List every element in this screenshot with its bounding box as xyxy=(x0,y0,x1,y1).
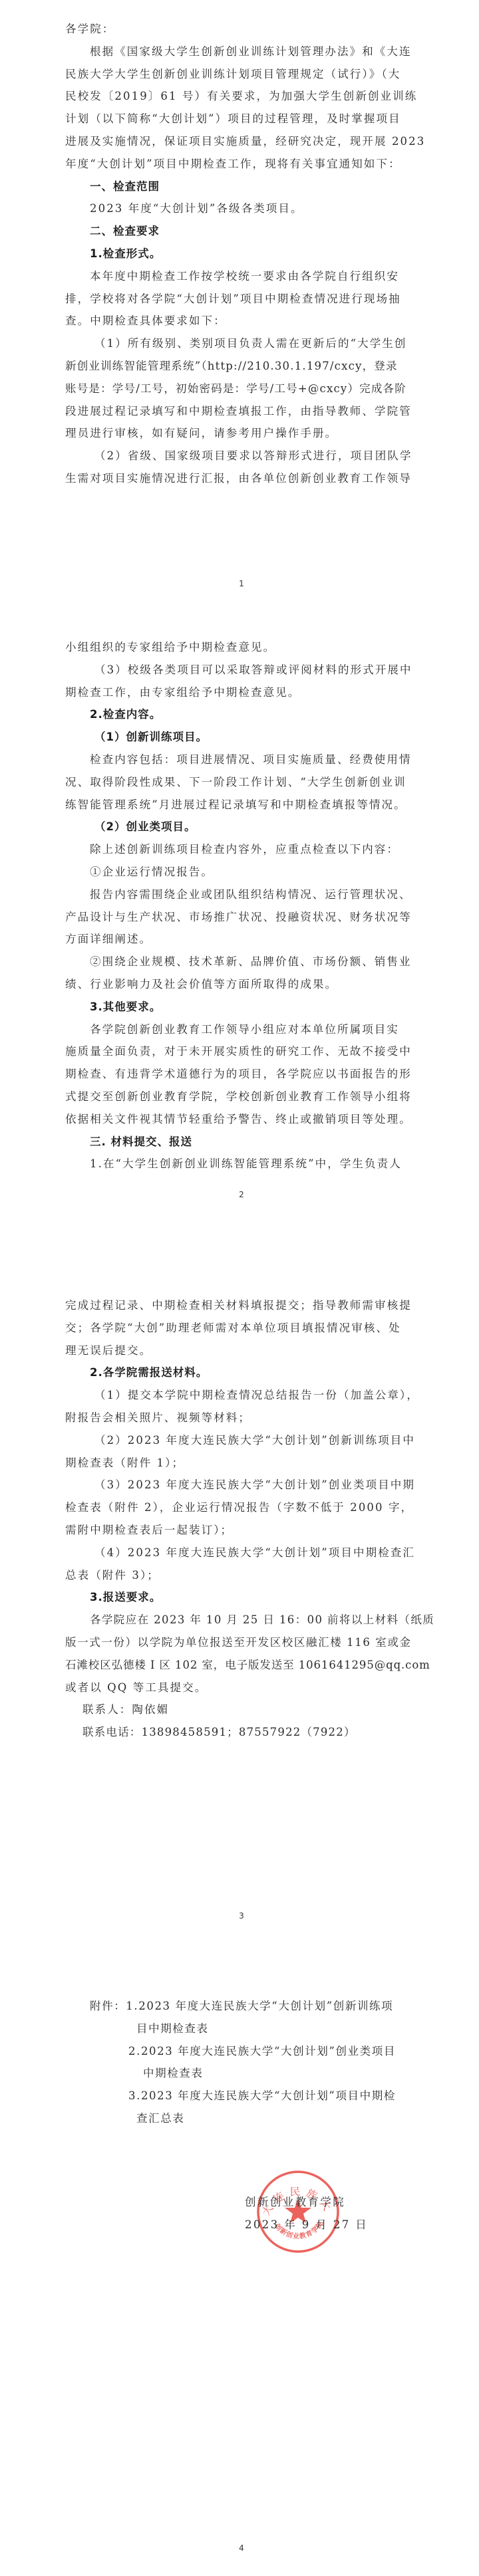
paragraph-line: 检查内容包括：项目进展情况、项目实施质量、经费使用情 xyxy=(65,749,420,771)
page-4: 附件：1.2023 年度大连民族大学“大创计划”创新训练项 目中期检查表 2.2… xyxy=(0,1934,479,2576)
page-3: 完成过程记录、中期检查相关材料填报提交；指导教师需审核提 交；各学院“大创”助理… xyxy=(0,1230,479,1934)
paragraph-line: 各学院应在 2023 年 10 月 25 日 16：00 前将以上材料（纸质 xyxy=(65,1609,420,1631)
paragraph-line: （2）2023 年度大连民族大学“大创计划”创新训练项目中 xyxy=(65,1429,420,1452)
entrepreneurship-heading: （2）创业类项目。 xyxy=(65,816,420,838)
intro-line: 年度“大创计划”项目中期检查工作，现将有关事宜通知如下： xyxy=(65,153,420,176)
page-3-body: 完成过程记录、中期检查相关材料填报提交；指导教师需审核提 交；各学院“大创”助理… xyxy=(65,1294,420,1744)
paragraph-line: 账号是：学号/工号，初始密码是：学号/工号+@cxcy）完成各阶 xyxy=(65,378,420,400)
intro-line: 民族大学大学生创新创业训练计划项目管理规定（试行）》（大 xyxy=(65,63,420,86)
attachment-2: 2.2023 年度大连民族大学“大创计划”创业类项目 xyxy=(90,2040,422,2063)
contact-person: 联系人：陶依媚 xyxy=(65,1698,420,1721)
page-1: 各学院： 根据《国家级大学生创新创业训练计划管理办法》和《大连 民族大学大学生创… xyxy=(0,0,479,632)
paragraph-line: 理员进行审核，如有疑问，请参考用户操作手册。 xyxy=(65,422,420,445)
paragraph-line: 报告内容需围绕企业或团队组织结构情况、运行管理状况、 xyxy=(65,883,420,906)
page-number: 2 xyxy=(0,1190,479,1199)
salutation: 各学院： xyxy=(65,18,420,41)
paragraph-line: ①企业运行情况报告。 xyxy=(65,861,420,883)
paragraph-line: 期检查、有违背学术道德行为的项目，各学院应以书面报告的形 xyxy=(65,1063,420,1086)
page-2-body: 小组组织的专家组给予中期检查意见。 （3）校级各类项目可以采取答辩或评阅材料的形… xyxy=(65,636,420,1175)
paragraph-line: 版一式一份）以学院为单位报送至开发区校区融汇楼 116 室或金 xyxy=(65,1631,420,1654)
subsection-3-2-heading: 2.各学院需报送材料。 xyxy=(65,1361,420,1384)
paragraph-line: 1.在“大学生创新创业训练智能管理系统”中，学生负责人 xyxy=(65,1153,420,1175)
paragraph-line: 需附中期检查表后一起装订）； xyxy=(65,1519,420,1542)
paragraph-line: （2）省级、国家级项目要求以答辩形式进行，项目团队学 xyxy=(65,445,420,467)
subsection-2-2-heading: 2.检查内容。 xyxy=(65,703,420,726)
paragraph-line: 生需对项目实施情况进行汇报，由各单位创新创业教育工作领导 xyxy=(65,467,420,490)
paragraph-line: （1）所有级别、类别项目负责人需在更新后的“大学生创 xyxy=(65,332,420,355)
attachment-2-cont: 中期检查表 xyxy=(90,2062,422,2085)
attachment-1-cont: 目中期检查表 xyxy=(90,2018,422,2040)
paragraph-line: 练智能管理系统”月进展过程记录填写和中期检查填报等情况。 xyxy=(65,794,420,816)
paragraph-line: 石滩校区弘德楼 I 区 102 室，电子版发送至 1061641295@qq.c… xyxy=(65,1654,420,1677)
paragraph-line: 期检查工作，由专家组给予中期检查意见。 xyxy=(65,681,420,704)
page-number: 1 xyxy=(0,579,479,588)
paragraph-line: （1）提交本学院中期检查情况总结报告一份（加盖公章）， xyxy=(65,1384,420,1407)
subsection-3-3-heading: 3.报送要求。 xyxy=(65,1586,420,1609)
paragraph-line: 依据相关文件视其情节轻重给予警告、终止或撤销项目等处理。 xyxy=(65,1108,420,1131)
paragraph-line: 绩、行业影响力及社会价值等方面所取得的成果。 xyxy=(65,973,420,996)
paragraph-line: 总表（附件 3）； xyxy=(65,1564,420,1587)
paragraph-line: （3）校级各类项目可以采取答辩或评阅材料的形式开展中 xyxy=(65,659,420,681)
paragraph-line: 小组组织的专家组给予中期检查意见。 xyxy=(65,636,420,659)
section-1-heading: 一、检查范围 xyxy=(65,176,420,198)
paragraph-line: 排，学校将对各学院“大创计划”项目中期检查情况进行现场抽 xyxy=(65,288,420,310)
paragraph-line: 除上述创新训练项目检查内容外，应重点检查以下内容： xyxy=(65,838,420,861)
paragraph-line: 段进展过程记录填写和中期检查填报工作，由指导教师、学院管 xyxy=(65,400,420,423)
signature-date: 2023 年 9 月 27 日 xyxy=(245,2214,368,2236)
attachment-3-cont: 查汇总表 xyxy=(90,2107,422,2130)
paragraph-line: 产品设计与生产状况、市场推广状况、投融资状况、财务状况等 xyxy=(65,906,420,929)
paragraph-line: 式提交至创新创业教育学院，学校创新创业教育工作领导小组将 xyxy=(65,1086,420,1108)
paragraph-line: 完成过程记录、中期检查相关材料填报提交；指导教师需审核提 xyxy=(65,1294,420,1317)
contact-phone: 联系电话：13898458591；87557922（7922） xyxy=(65,1721,420,1744)
page-number: 3 xyxy=(0,1911,479,1921)
intro-line: 计划（以下简称“大创计划”）项目的过程管理，及时掌握项目 xyxy=(65,108,420,130)
intro-line: 根据《国家级大学生创新创业训练计划管理办法》和《大连 xyxy=(65,41,420,63)
innovation-heading: （1）创新训练项目。 xyxy=(65,726,420,749)
paragraph-line: 检查表（附件 2），企业运行情况报告（字数不低于 2000 字， xyxy=(65,1496,420,1519)
intro-line: 进展及实施情况，保证项目实施质量，经研究决定，现开展 2023 xyxy=(65,130,420,153)
paragraph-line: 各学院创新创业教育工作领导小组应对本单位所属项目实 xyxy=(65,1018,420,1041)
paragraph-line: 附报告会相关照片、视频等材料； xyxy=(65,1407,420,1429)
section-3-heading: 三. 材料提交、报送 xyxy=(65,1131,420,1153)
paragraph-line: （3）2023 年度大连民族大学“大创计划”创业类项目中期 xyxy=(65,1474,420,1496)
intro-line: 民校发〔2019〕61 号）有关要求，为加强大学生创新创业训练 xyxy=(65,85,420,108)
page-1-body: 各学院： 根据《国家级大学生创新创业训练计划管理办法》和《大连 民族大学大学生创… xyxy=(65,18,420,490)
paragraph-line: 理无误后提交。 xyxy=(65,1340,420,1362)
section-2-heading: 二、检查要求 xyxy=(65,220,420,243)
attachments-list: 附件：1.2023 年度大连民族大学“大创计划”创新训练项 目中期检查表 2.2… xyxy=(90,1995,422,2130)
signature-org: 创新创业教育学院 xyxy=(245,2191,368,2214)
paragraph-line: 查。中期检查具体要求如下： xyxy=(65,310,420,332)
section-1-text: 2023 年度“大创计划”各级各类项目。 xyxy=(65,197,420,220)
paragraph-line: 施质量全面负责，对于未开展实质性的研究工作、无故不接受中 xyxy=(65,1040,420,1063)
attachment-3: 3.2023 年度大连民族大学“大创计划”项目中期检 xyxy=(90,2085,422,2107)
paragraph-line: 况、取得阶段性成果、下一阶段工作计划、“大学生创新创业训 xyxy=(65,771,420,794)
paragraph-line: 或者以 QQ 等工具提交。 xyxy=(65,1677,420,1699)
page-number: 4 xyxy=(0,2543,479,2553)
paragraph-line: 本年度中期检查工作按学校统一要求由各学院自行组织安 xyxy=(65,265,420,288)
paragraph-line: 期检查表（附件 1）； xyxy=(65,1452,420,1474)
page-2: 小组组织的专家组给予中期检查意见。 （3）校级各类项目可以采取答辩或评阅材料的形… xyxy=(0,632,479,1230)
subsection-2-1-heading: 1.检查形式。 xyxy=(65,243,420,265)
paragraph-line: 交；各学院“大创”助理老师需对本单位项目填报情况审核、处 xyxy=(65,1317,420,1340)
paragraph-line: 方面详细阐述。 xyxy=(65,928,420,951)
subsection-2-3-heading: 3.其他要求。 xyxy=(65,996,420,1018)
paragraph-line: （4）2023 年度大连民族大学“大创计划”项目中期检查汇 xyxy=(65,1542,420,1564)
signature-block: 创新创业教育学院 2023 年 9 月 27 日 xyxy=(245,2191,368,2236)
paragraph-line: ②围绕企业规模、技术革新、品牌价值、市场份额、销售业 xyxy=(65,951,420,973)
paragraph-line: 新创业训练智能管理系统”（http://210.30.1.197/cxcy，登录 xyxy=(65,355,420,378)
attachment-1: 附件：1.2023 年度大连民族大学“大创计划”创新训练项 xyxy=(90,1995,422,2018)
